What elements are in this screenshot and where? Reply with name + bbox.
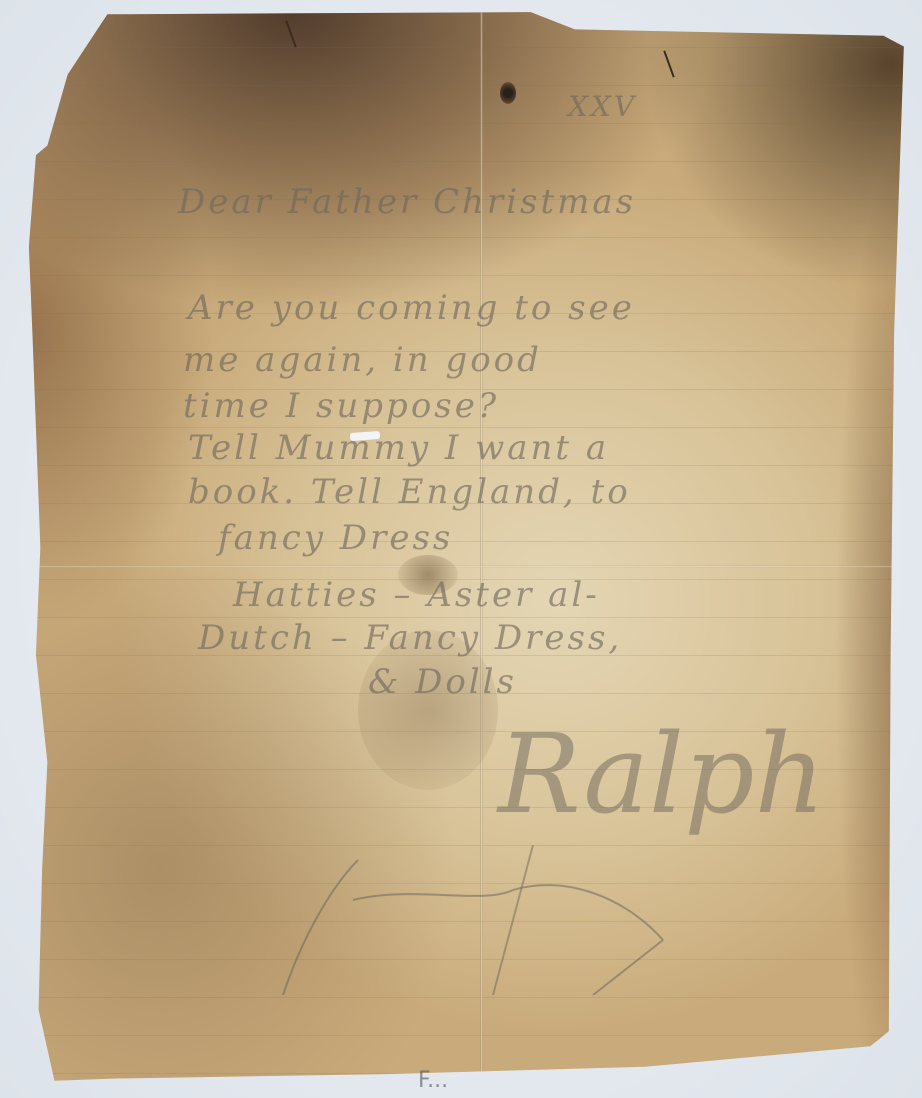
letter-line: Are you coming to see xyxy=(188,288,635,328)
letter-line: & Dolls xyxy=(368,662,517,702)
letter-line: time I suppose? xyxy=(183,386,499,426)
letter-line: me again, in good xyxy=(183,340,542,380)
paper-hole xyxy=(500,82,516,104)
letter-paper: XXV Dear Father Christmas Are you coming… xyxy=(28,10,910,1085)
letter-line: Tell Mummy I want a xyxy=(188,428,609,468)
kiss-cross-mark xyxy=(263,845,683,995)
greeting: Dear Father Christmas xyxy=(178,182,636,222)
letter-line: Hatties – Aster al- xyxy=(233,575,600,615)
letter-line: fancy Dress xyxy=(218,518,453,558)
letter-line: book. Tell England, to xyxy=(188,472,631,512)
header-line: XXV xyxy=(568,90,637,123)
horizontal-fold-crease xyxy=(28,565,910,568)
letter-line: Dutch – Fancy Dress, xyxy=(198,618,622,658)
pencil-mark-below-paper: F... xyxy=(418,1068,448,1093)
signature: Ralph xyxy=(498,710,825,838)
